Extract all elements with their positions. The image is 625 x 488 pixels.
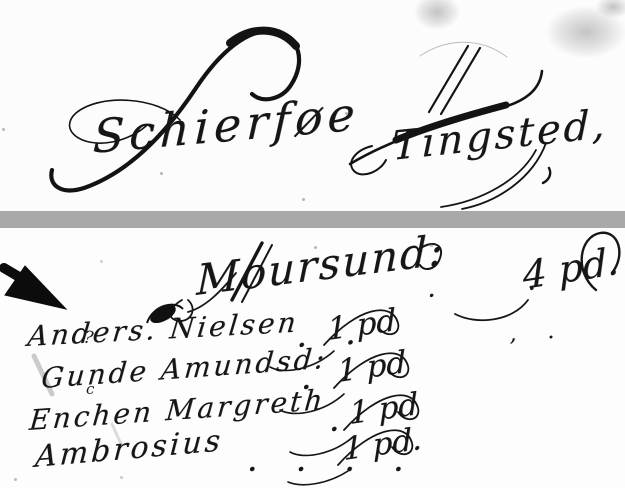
ink-speck [302, 198, 305, 201]
bottom-scan-fragment: Moursund: . . 4 pd. Anders. Nielsen . . … [0, 228, 625, 488]
scanned-document-page: Schierføe Tingsted, [0, 0, 625, 488]
ink-speck [2, 128, 5, 131]
ink-speck [14, 478, 17, 481]
top-scan-fragment: Schierføe Tingsted, [0, 0, 625, 211]
stray-marks: , . [508, 318, 567, 347]
ink-speck [430, 244, 433, 247]
scan-divider-bar [0, 211, 625, 228]
ink-speck [160, 172, 163, 175]
ink-speck [345, 112, 348, 115]
ink-speck [100, 260, 103, 263]
ink-speck [520, 128, 523, 131]
ink-speck [314, 246, 317, 249]
ink-speck [120, 476, 123, 479]
arrow-annotation-icon [4, 266, 66, 309]
insertion-mark: c [86, 380, 94, 398]
